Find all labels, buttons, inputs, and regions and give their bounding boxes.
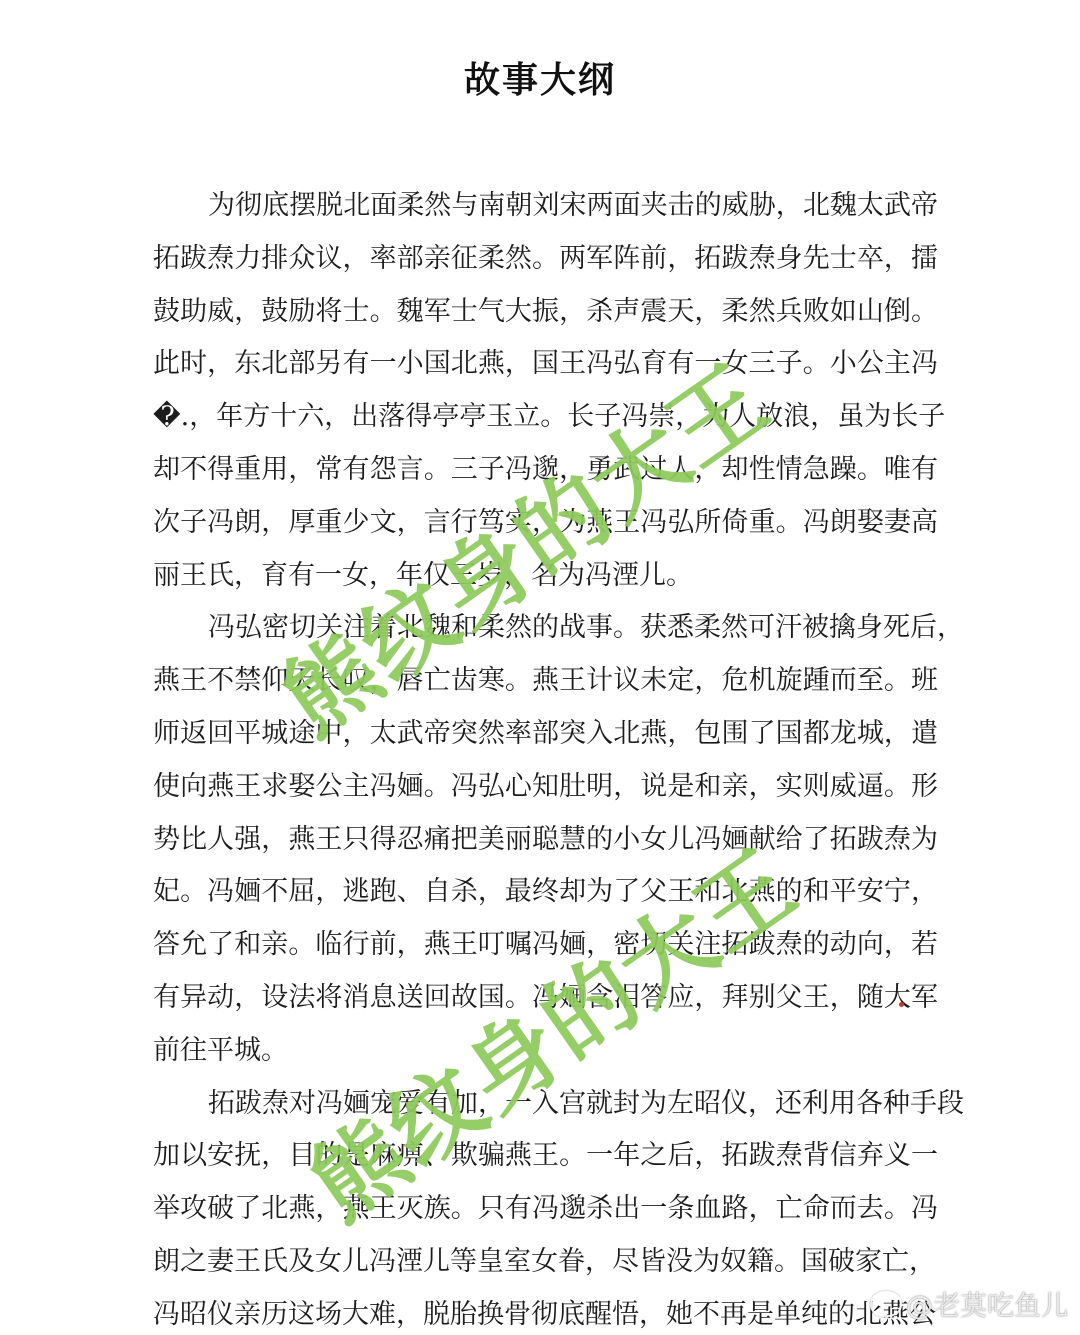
text-line: 鼓助威，鼓励将士。魏军士气大振，杀声震天，柔然兵败如山倒。 <box>153 286 938 339</box>
weibo-logo-icon <box>870 1291 902 1317</box>
text-line: 使向燕王求娶公主冯婳。冯弘心知肚明，说是和亲，实则威逼。形 <box>153 761 938 814</box>
text-line: 有异动，设法将消息送回故国。冯婳含泪答应，拜别父王，随大军 <box>153 972 938 1025</box>
text-line: 势比人强，燕王只得忍痛把美丽聪慧的小女儿冯婳献给了拓跋焘为 <box>153 814 938 867</box>
text-line: 答允了和亲。临行前，燕王叮嘱冯婳，密切关注拓跋焘的动向，若 <box>153 919 938 972</box>
text-line: 妃。冯婳不屈，逃跑、自杀，最终却为了父王和北燕的和平安宁， <box>153 866 938 919</box>
text-line: �.，年方十六，出落得亭亭玉立。长子冯崇，为人放浪，虽为长子 <box>153 391 938 444</box>
text-line: 冯昭仪亲历这场大难，脱胎换骨彻底醒悟，她不再是单纯的北燕公 <box>153 1289 938 1335</box>
text-line: 加以安抚，目的是麻痹、欺骗燕王。一年之后，拓跋焘背信弃义一 <box>153 1130 938 1183</box>
text-line: 此时，东北部另有一小国北燕，国王冯弘育有一女三子。小公主冯 <box>153 338 938 391</box>
text-line: 朗之妻王氏及女儿冯湮儿等皇室女眷，尽皆没为奴籍。国破家亡， <box>153 1236 938 1289</box>
text-line: 拓跋焘力排众议，率部亲征柔然。两军阵前，拓跋焘身先士卒，擂 <box>153 233 938 286</box>
text-line: 拓跋焘对冯婳宠爱有加，一入宫就封为左昭仪，还利用各种手段 <box>153 1078 938 1131</box>
social-watermark: @老莫吃鱼儿 <box>870 1284 1068 1323</box>
document-title: 故事大纲 <box>0 52 1080 103</box>
document-page: 故事大纲 为彻底摆脱北面柔然与南朝刘宋两面夹击的威胁，北魏太武帝 拓跋焘力排众议… <box>0 0 1080 1335</box>
social-handle: @老莫吃鱼儿 <box>906 1284 1068 1323</box>
text-line: 师返回平城途中，太武帝突然率部突入北燕，包围了国都龙城，遣 <box>153 708 938 761</box>
document-body: 为彻底摆脱北面柔然与南朝刘宋两面夹击的威胁，北魏太武帝 拓跋焘力排众议，率部亲征… <box>153 180 938 1335</box>
text-line: 冯弘密切关注着北魏和柔然的战事。获悉柔然可汗被擒身死后， <box>153 602 938 655</box>
text-line: 却不得重用，常有怨言。三子冯邈，勇武过人，却性情急躁。唯有 <box>153 444 938 497</box>
text-line: 次子冯朗，厚重少文，言行笃实，为燕王冯弘所倚重。冯朗娶妻高 <box>153 497 938 550</box>
text-line: 举攻破了北燕，燕王灭族。只有冯邈杀出一条血路，亡命而去。冯 <box>153 1183 938 1236</box>
text-line: 为彻底摆脱北面柔然与南朝刘宋两面夹击的威胁，北魏太武帝 <box>153 180 938 233</box>
red-mark <box>899 1002 904 1007</box>
text-line: 丽王氏，育有一女，年仅三岁，名为冯湮儿。 <box>153 550 938 603</box>
text-line: 前往平城。 <box>153 1025 938 1078</box>
text-line: 燕王不禁仰天长叹，唇亡齿寒。燕王计议未定，危机旋踵而至。班 <box>153 655 938 708</box>
